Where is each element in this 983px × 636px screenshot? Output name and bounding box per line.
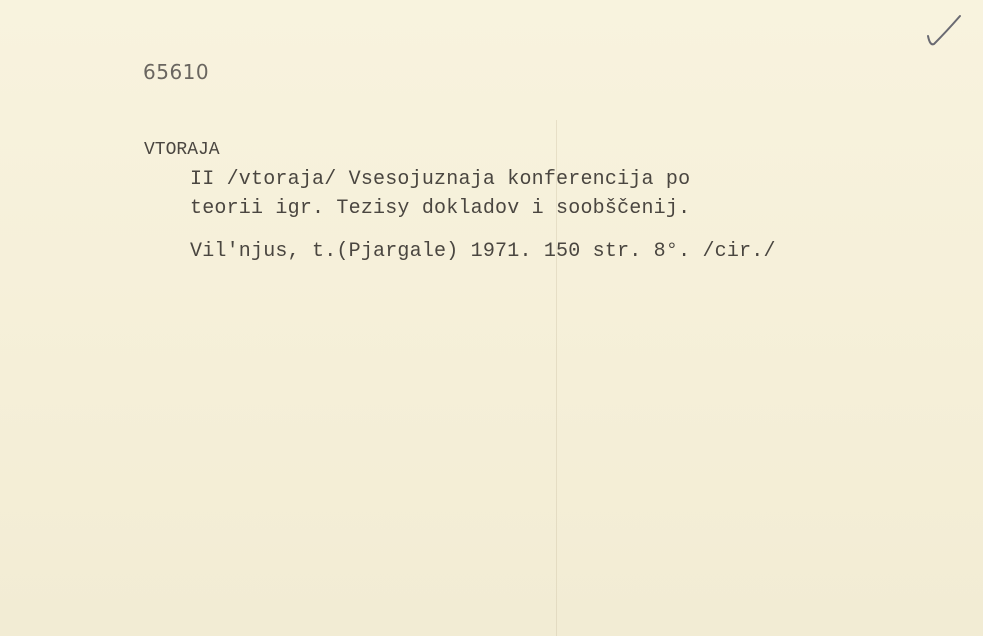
catalog-card: 65610 VTORAJA II /vtoraja/ Vsesojuznaja … xyxy=(0,0,983,636)
title-line-1: II /vtoraja/ Vsesojuznaja konferencija p… xyxy=(190,168,690,191)
imprint-line: Vil'njus, t.(Pjargale) 1971. 150 str. 8°… xyxy=(190,240,776,263)
checkmark-icon xyxy=(922,12,964,50)
title-line-2: teorii igr. Tezisy dokladov i soobščenij… xyxy=(190,197,690,220)
card-heading: VTORAJA xyxy=(144,140,220,160)
call-number: 65610 xyxy=(143,60,209,84)
